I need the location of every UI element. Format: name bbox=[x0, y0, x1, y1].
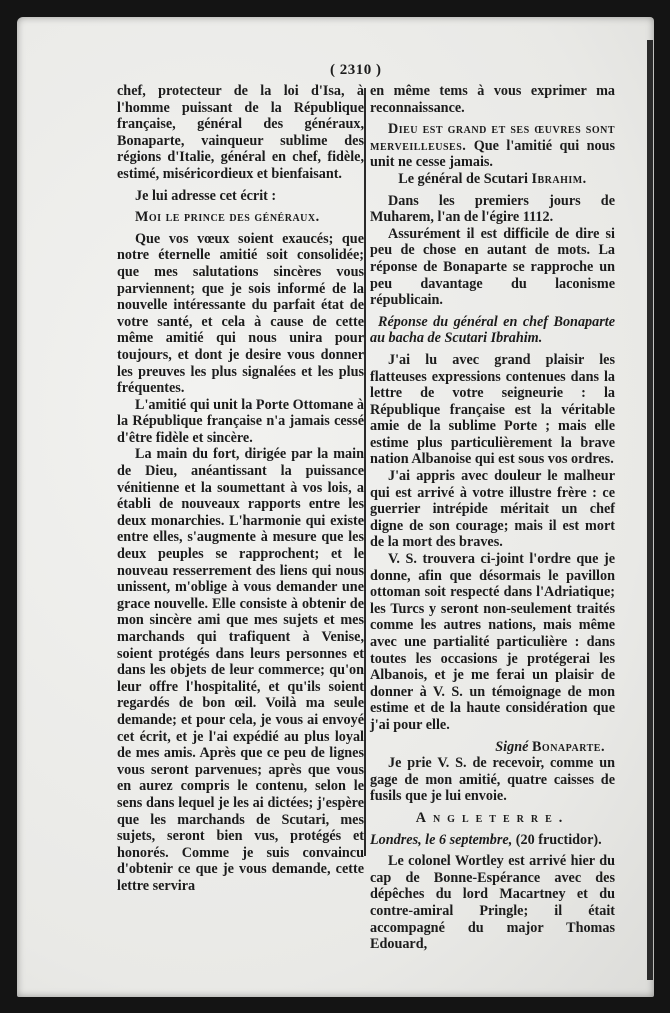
paragraph: Je prie V. S. de recevoir, comme un gage… bbox=[370, 755, 615, 805]
text: Le général de Scutari bbox=[398, 171, 531, 187]
text: (20 fructidor). bbox=[512, 832, 601, 848]
paragraph: V. S. trouvera ci-joint l'ordre que je d… bbox=[370, 551, 615, 734]
paragraph: Assurément il est difficile de dire si p… bbox=[370, 226, 615, 309]
signature-line: Le général de Scutari Ibrahim. bbox=[370, 171, 615, 188]
salutation-heading: Moi le prince des généraux. bbox=[117, 209, 364, 226]
paragraph: L'amitié qui unit la Porte Ottomane à la… bbox=[117, 397, 364, 447]
paragraph: Dans les premiers jours de Muharem, l'an… bbox=[370, 193, 615, 226]
paragraph: Dieu est grand et ses œuvres sont mervei… bbox=[370, 121, 615, 171]
paragraph: J'ai appris avec douleur le malheur qui … bbox=[370, 468, 615, 551]
paragraph: La main du fort, dirigée par la main de … bbox=[117, 446, 364, 894]
signer-name: Bonaparte. bbox=[532, 739, 605, 755]
paragraph: Je lui adresse cet écrit : bbox=[117, 188, 364, 205]
paragraph: Que vos vœux soient exaucés; que notre é… bbox=[117, 231, 364, 397]
paragraph: en même tems à vous exprimer ma reconnai… bbox=[370, 83, 615, 116]
page-number: ( 2310 ) bbox=[330, 62, 382, 79]
signer-name: Ibrahim. bbox=[531, 171, 586, 187]
text: Signé bbox=[495, 739, 532, 755]
page-edge-shadow bbox=[647, 40, 653, 980]
left-column: chef, protecteur de la loi d'Isa, à l'ho… bbox=[117, 83, 364, 895]
paragraph: Le colonel Wortley est arrivé hier du ca… bbox=[370, 853, 615, 953]
column-divider bbox=[364, 88, 366, 856]
dateline: Londres, le 6 septembre, (20 fructidor). bbox=[370, 832, 615, 849]
text: Londres, le 6 septembre, bbox=[370, 832, 512, 848]
signature-line: Signé Bonaparte. bbox=[370, 739, 615, 756]
right-column: en même tems à vous exprimer ma reconnai… bbox=[370, 83, 615, 953]
paragraph: chef, protecteur de la loi d'Isa, à l'ho… bbox=[117, 83, 364, 183]
country-heading: Angleterre. bbox=[370, 810, 615, 827]
section-heading: Réponse du général en chef Bonaparte au … bbox=[370, 314, 615, 347]
paragraph: J'ai lu avec grand plaisir les flatteuse… bbox=[370, 352, 615, 468]
